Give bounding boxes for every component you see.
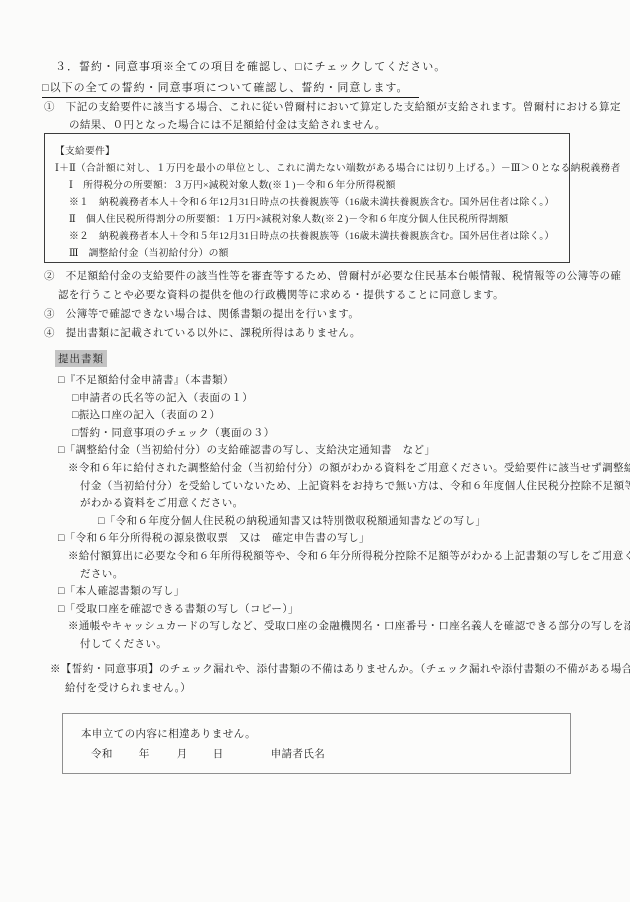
doc-withholding-slip: □「令和６年分所得税の源泉徴収票 又は 確定申告書の写し」: [58, 530, 576, 548]
doc-adjustment-grant-note-line2: 付金（当初給付分）を受給していないため、上記資料をお持ちで無い方は、令和６年度個…: [58, 478, 576, 496]
era-label: 令和: [91, 746, 113, 761]
doc-resident-tax-notice-label: 「令和６年度分個人住民税の納税通知書又は特別徴収税額通知書などの写し」: [105, 516, 487, 527]
doc-account-verification-note-line2: 付してください。: [58, 636, 576, 654]
consent-item-3: ③ 公簿等で確認できない場合は、関係書類の提出を行います。: [44, 305, 576, 324]
documents-heading: 提出書類: [55, 350, 107, 367]
checkbox-resident-tax-notice[interactable]: □: [98, 513, 105, 531]
doc-application-form: □『不足額給付金申請書』（本書類）: [58, 372, 576, 390]
application-form-back-page: ３．誓約・同意事項※全ての項目を確認し、□にチェックしてください。 □以下の全て…: [0, 0, 630, 902]
year-label: 年: [139, 746, 150, 761]
doc-adjustment-grant-note-line3: がわかる資料をご用意ください。: [58, 495, 576, 513]
doc-identity-verification-label: 「本人確認書類の写し」: [65, 586, 185, 597]
declaration-box: 本申立ての内容に相違ありません。 令和 年 月 日 申請者氏名: [62, 713, 571, 774]
section3-heading: ３．誓約・同意事項※全ての項目を確認し、□にチェックしてください。: [55, 58, 446, 74]
doc-account-verification-note-line1: ※通帳やキャッシュカードの写しなど、受取口座の金融機関名・口座番号・口座名義人を…: [58, 618, 576, 636]
checkbox-consent-check-entry[interactable]: □: [72, 425, 79, 443]
day-label: 日: [213, 746, 224, 761]
checkbox-withholding-slip[interactable]: □: [58, 530, 65, 548]
doc-adjustment-grant-copy: □「調整給付金（当初給付分）の支給確認書の写し、支給決定通知書 など」: [58, 442, 576, 460]
master-consent-checkbox[interactable]: □: [42, 82, 50, 94]
requirements-line-ii: Ⅱ 個人住民税所得割分の所要額：１万円×減税対象人数(※２)－令和６年度分個人住…: [55, 211, 561, 228]
consent-item-2-line2: 認を行うことや必要な資料の提供を他の行政機関等に求める・提供することに同意します…: [44, 286, 576, 305]
checkbox-applicant-name-entry[interactable]: □: [72, 390, 79, 408]
consent-items-2-4: ② 不足額給付金の支給要件の該当性等を審査等するため、曾爾村が必要な住民基本台帳…: [44, 267, 576, 343]
doc-consent-check-entry: □誓約・同意事項のチェック（裏面の３）: [58, 425, 576, 443]
checkbox-identity-verification[interactable]: □: [58, 583, 65, 601]
doc-withholding-slip-note-line2: ださい。: [58, 566, 576, 584]
doc-account-verification-label: 「受取口座を確認できる書類の写し（コピー）」: [65, 604, 299, 615]
doc-bank-account-entry-label: 振込口座の記入（表面の２）: [79, 410, 221, 421]
documents-checklist: □『不足額給付金申請書』（本書類） □申請者の氏名等の記入（表面の１） □振込口…: [58, 372, 576, 654]
doc-account-verification: □「受取口座を確認できる書類の写し（コピー）」: [58, 601, 576, 619]
requirements-line-iii: Ⅲ 調整給付金（当初給付分）の額: [55, 245, 561, 262]
master-consent-text: 以下の全ての誓約・同意事項について確認し、誓約・同意します。: [50, 82, 409, 94]
checkbox-bank-account-entry[interactable]: □: [72, 407, 79, 425]
applicant-name-label: 申請者氏名: [271, 746, 326, 761]
consent-item-1-line1: ① 下記の支給要件に該当する場合、これに従い曾爾村において算定した支給額が支給さ…: [44, 99, 576, 117]
requirements-note-1: ※１ 納税義務者本人＋令和６年12月31日時点の扶養親族等（16歳未満扶養親族含…: [55, 194, 561, 211]
doc-resident-tax-notice: □「令和６年度分個人住民税の納税通知書又は特別徴収税額通知書などの写し」: [58, 513, 576, 531]
requirements-line-i: Ⅰ 所得税分の所要額：３万円×減税対象人数(※１)－令和６年分所得税額: [55, 177, 561, 194]
checkbox-account-verification[interactable]: □: [58, 601, 65, 619]
consent-item-1: ① 下記の支給要件に該当する場合、これに従い曾爾村において算定した支給額が支給さ…: [44, 99, 576, 135]
declaration-statement: 本申立ての内容に相違ありません。: [81, 726, 256, 741]
checkbox-adjustment-grant-copy[interactable]: □: [58, 442, 65, 460]
doc-withholding-slip-label: 「令和６年分所得税の源泉徴収票 又は 確定申告書の写し」: [65, 533, 370, 544]
consent-item-4: ④ 提出書類に記載されている以外に、課税所得はありません。: [44, 324, 576, 343]
master-consent-line: □以下の全ての誓約・同意事項について確認し、誓約・同意します。: [42, 79, 419, 98]
doc-adjustment-grant-note-line1: ※令和６年に給付された調整給付金（当初給付分）の額がわかる資料をご用意ください。…: [58, 460, 576, 478]
month-label: 月: [177, 746, 188, 761]
doc-identity-verification: □「本人確認書類の写し」: [58, 583, 576, 601]
doc-consent-check-entry-label: 誓約・同意事項のチェック（裏面の３）: [79, 428, 275, 439]
payment-requirements-box: 【支給要件】 Ⅰ＋Ⅱ（合計額に対し、１万円を最小の単位とし、これに満たない端数が…: [44, 133, 570, 263]
requirements-note-2: ※２ 納税義務者本人＋令和５年12月31日時点の扶養親族等（16歳未満扶養親族含…: [55, 228, 561, 245]
doc-adjustment-grant-copy-label: 「調整給付金（当初給付分）の支給確認書の写し、支給決定通知書 など」: [65, 445, 436, 456]
requirements-formula: Ⅰ＋Ⅱ（合計額に対し、１万円を最小の単位とし、これに満たない端数がある場合には切…: [55, 160, 561, 177]
doc-bank-account-entry: □振込口座の記入（表面の２）: [58, 407, 576, 425]
final-warning: ※【誓約・同意事項】のチェック漏れや、添付書類の不備はありませんか。（チェック漏…: [50, 661, 576, 698]
final-warning-line2: 給付を受けられません。）: [50, 680, 576, 699]
doc-applicant-name-entry-label: 申請者の氏名等の記入（表面の１）: [79, 393, 253, 404]
declaration-date-line: 令和 年 月 日 申請者氏名: [63, 746, 570, 761]
consent-item-2-line1: ② 不足額給付金の支給要件の該当性等を審査等するため、曾爾村が必要な住民基本台帳…: [44, 267, 576, 286]
doc-application-form-label: 『不足額給付金申請書』（本書類）: [65, 375, 234, 386]
checkbox-application-form[interactable]: □: [58, 372, 65, 390]
requirements-title: 【支給要件】: [55, 143, 561, 160]
doc-applicant-name-entry: □申請者の氏名等の記入（表面の１）: [58, 390, 576, 408]
final-warning-line1: ※【誓約・同意事項】のチェック漏れや、添付書類の不備はありませんか。（チェック漏…: [50, 661, 576, 680]
doc-withholding-slip-note-line1: ※給付額算出に必要な令和６年所得税額等や、令和６年分所得税分控除不足額等がわかる…: [58, 548, 576, 566]
